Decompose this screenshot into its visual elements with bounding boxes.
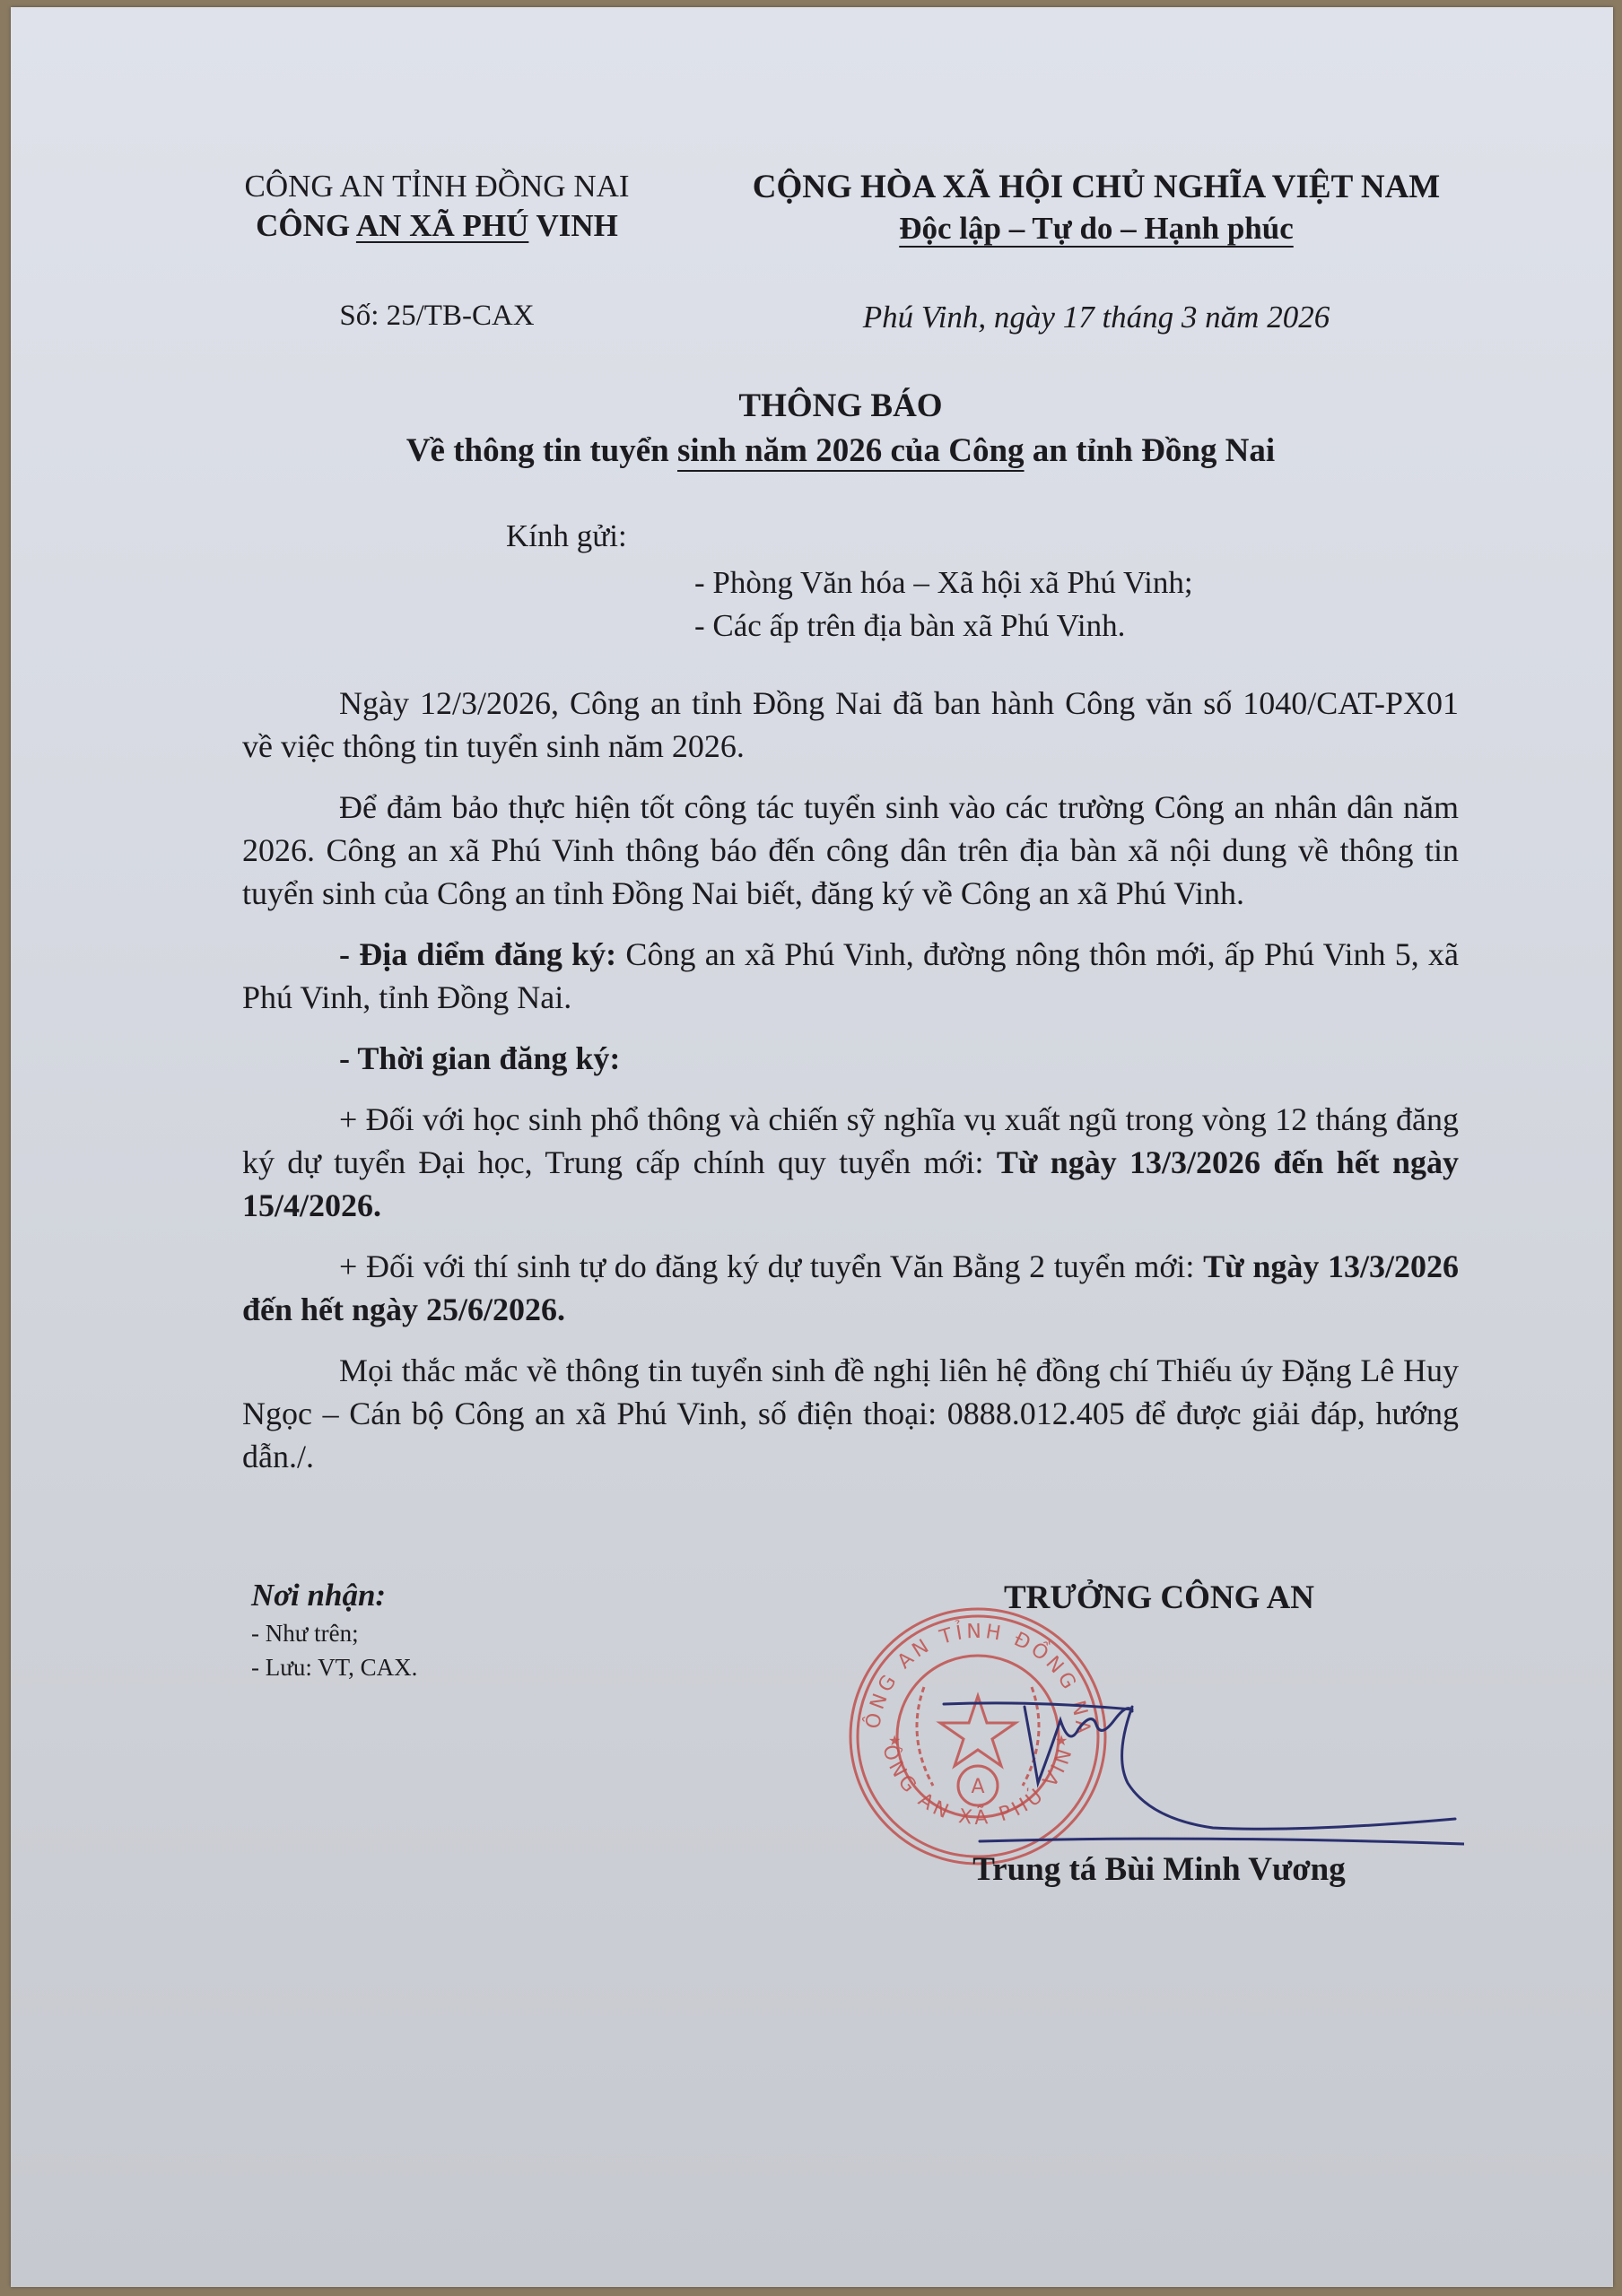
document-number: Số: 25/TB-CAX <box>190 300 684 333</box>
nation-header: CỘNG HÒA XÃ HỘI CHỦ NGHĨA VIỆT NAM Độc l… <box>693 167 1500 249</box>
nation-name: CỘNG HÒA XÃ HỘI CHỦ NGHĨA VIỆT NAM <box>693 167 1500 208</box>
agency-header: CÔNG AN TỈNH ĐỒNG NAI CÔNG AN XÃ PHÚ VIN… <box>190 167 684 246</box>
recipients-list: - Phòng Văn hóa – Xã hội xã Phú Vinh; - … <box>694 561 1193 648</box>
paragraph-location: - Địa diểm đăng ký: Công an xã Phú Vinh,… <box>242 933 1459 1019</box>
document-title: THÔNG BÁO Về thông tin tuyển sinh năm 20… <box>235 384 1446 474</box>
paragraph-purpose: Để đảm bảo thực hiện tốt công tác tuyển … <box>242 786 1459 915</box>
signer-name: Trung tá Bùi Minh Vương <box>908 1850 1410 1889</box>
title-sub: Về thông tin tuyển sinh năm 2026 của Côn… <box>235 429 1446 474</box>
recipients-label: Kính gửi: <box>506 518 627 554</box>
agency-name: CÔNG AN XÃ PHÚ VINH <box>190 206 684 246</box>
svg-text:★: ★ <box>888 1734 901 1749</box>
place-date: Phú Vinh, ngày 17 tháng 3 năm 2026 <box>693 300 1500 335</box>
agency-parent: CÔNG AN TỈNH ĐỒNG NAI <box>190 167 684 206</box>
recipient-item: - Phòng Văn hóa – Xã hội xã Phú Vinh; <box>694 561 1193 604</box>
distribution-item: - Lưu: VT, CAX. <box>251 1650 417 1684</box>
paragraph-contact: Mọi thắc mắc về thông tin tuyển sinh đề … <box>242 1349 1459 1478</box>
paragraph-time-2: + Đối với thí sinh tự do đăng ký dự tuyể… <box>242 1245 1459 1331</box>
signature-icon <box>926 1684 1464 1873</box>
recipient-item: - Các ấp trên địa bàn xã Phú Vinh. <box>694 604 1193 648</box>
motto: Độc lập – Tự do – Hạnh phúc <box>693 208 1500 249</box>
title-main: THÔNG BÁO <box>235 384 1446 429</box>
paragraph-time-label: - Thời gian đăng ký: <box>242 1037 1459 1080</box>
distribution-label: Nơi nhận: <box>251 1578 417 1613</box>
paragraph-time-1: + Đối với học sinh phổ thông và chiến sỹ… <box>242 1098 1459 1227</box>
distribution-item: - Như trên; <box>251 1616 417 1650</box>
paragraph-intro: Ngày 12/3/2026, Công an tỉnh Đồng Nai đã… <box>242 682 1459 768</box>
document-page: CÔNG AN TỈNH ĐỒNG NAI CÔNG AN XÃ PHÚ VIN… <box>11 7 1613 2287</box>
distribution-list: Nơi nhận: - Như trên; - Lưu: VT, CAX. <box>251 1578 417 1684</box>
document-body: Ngày 12/3/2026, Công an tỉnh Đồng Nai đã… <box>242 682 1459 1496</box>
